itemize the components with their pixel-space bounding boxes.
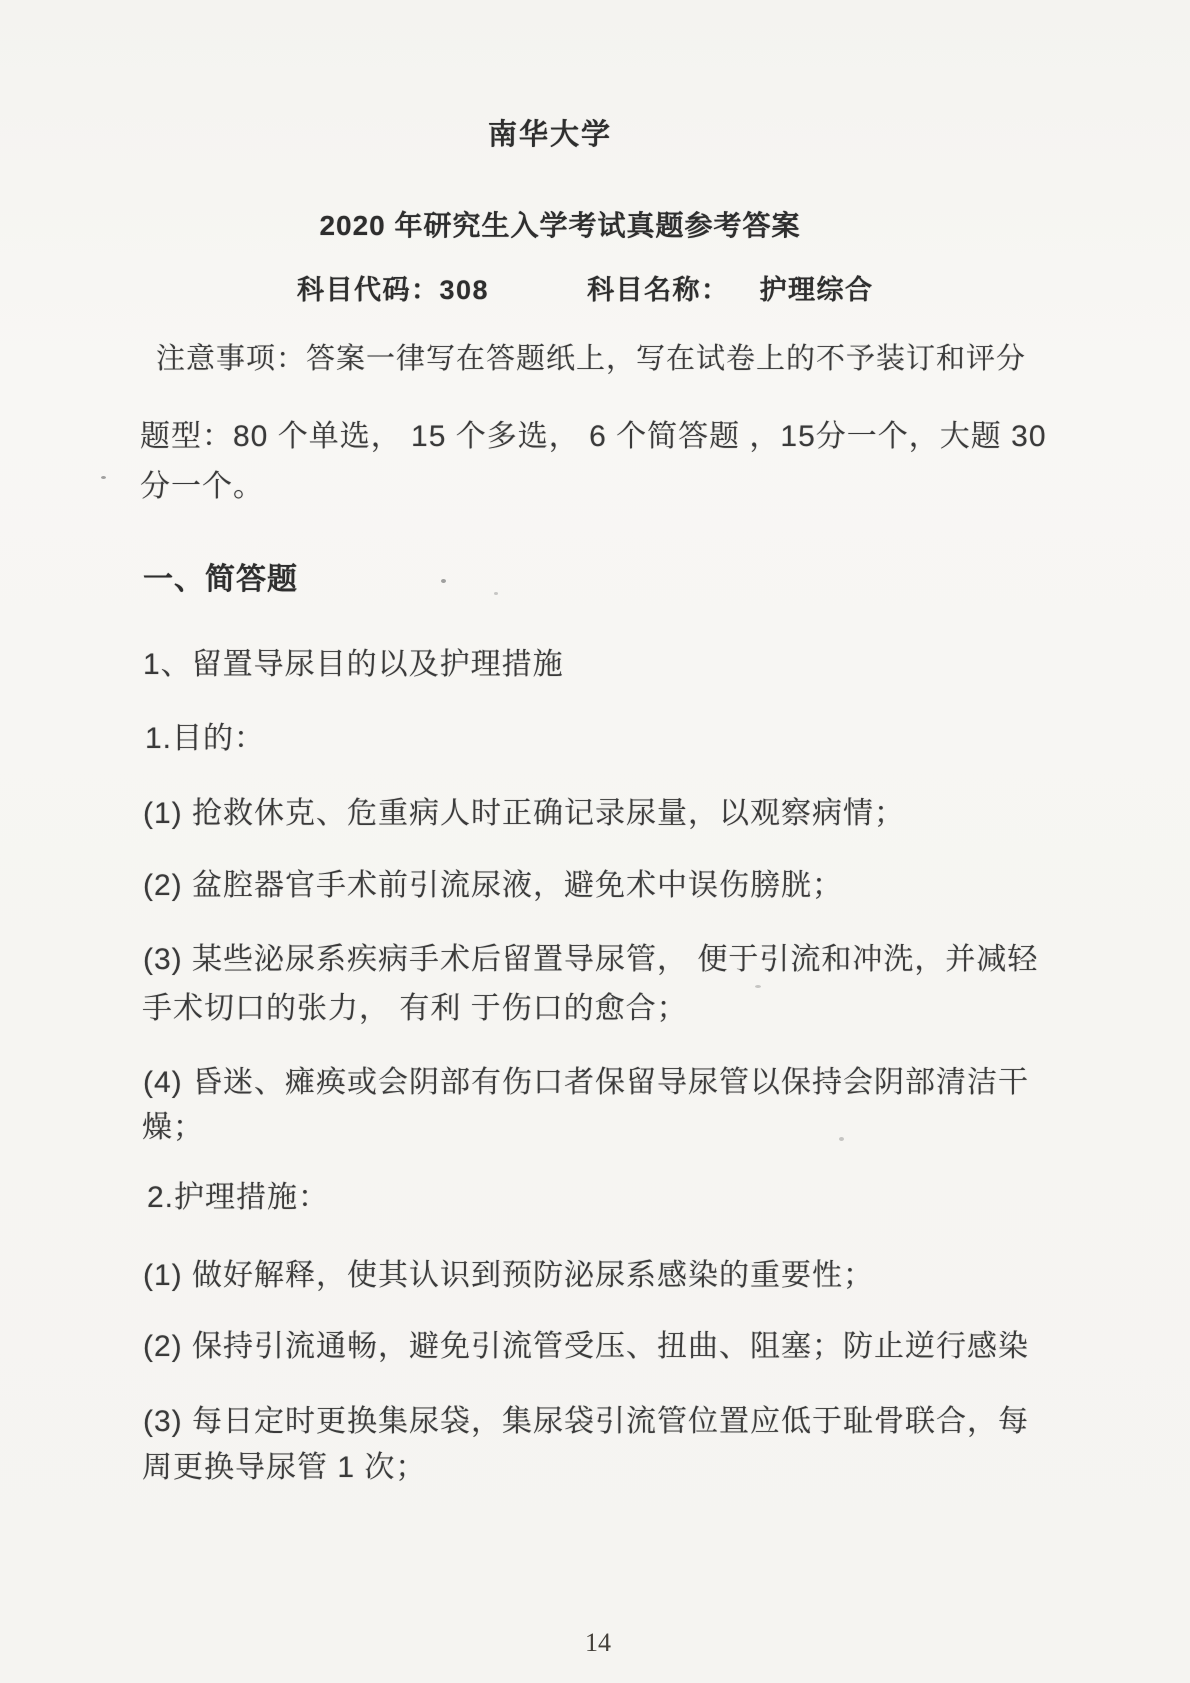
question-types-line-1: 题型：80 个单选， 15 个多选， 6 个简答题 ，15分一个，大题 30 [140, 419, 1047, 455]
scan-artifact-dot [755, 985, 761, 988]
purpose-item-3-line-1: (3) 某些泌尿系疾病手术后留置导尿管， 便于引流和冲洗，并减轻 [143, 942, 1038, 978]
subject-name-value: 护理综合 [760, 275, 874, 305]
care-item-3-line-2: 周更换导尿管 1 次； [142, 1450, 426, 1486]
care-item-2: (2) 保持引流通畅，避免引流管受压、扭曲、阻塞；防止逆行感染 [143, 1329, 1029, 1365]
university-name: 南华大学 [488, 117, 612, 153]
notice-line: 注意事项：答案一律写在答题纸上，写在试卷上的不予装订和评分 [156, 341, 1026, 377]
scan-artifact-dot [101, 476, 106, 479]
scan-artifact-dot [839, 1137, 844, 1141]
question-types-line-2: 分一个。 [140, 469, 264, 505]
document-title: 2020 年研究生入学考试真题参考答案 [319, 208, 800, 244]
subject-code-value: 308 [440, 275, 490, 305]
care-item-3-line-1: (3) 每日定时更换集尿袋，集尿袋引流管位置应低于耻骨联合，每 [143, 1404, 1029, 1440]
purpose-item-1: (1) 抢救休克、危重病人时正确记录尿量，以观察病情； [143, 796, 905, 832]
scan-artifact-dot [494, 592, 498, 595]
page-number: 14 [585, 1628, 611, 1658]
subject-code-label: 科目代码： [297, 275, 440, 305]
scanned-exam-page: 南华大学 2020 年研究生入学考试真题参考答案 科目代码：308科目名称：护理… [0, 0, 1190, 1683]
section-heading: 一、简答题 [143, 562, 298, 598]
scan-artifact-dot [441, 579, 446, 583]
purpose-heading: 1.目的： [145, 721, 265, 757]
care-heading: 2.护理措施： [147, 1180, 329, 1216]
subject-name-label: 科目名称： [587, 275, 730, 305]
purpose-item-2: (2) 盆腔器官手术前引流尿液，避免术中误伤膀胱； [143, 868, 843, 904]
subject-line: 科目代码：308科目名称：护理综合 [297, 272, 874, 308]
care-item-1: (1) 做好解释，使其认识到预防泌尿系感染的重要性； [143, 1258, 874, 1294]
purpose-item-3-line-2: 手术切口的张力， 有利 于伤口的愈合； [142, 991, 688, 1027]
purpose-item-4-line-2: 燥； [142, 1110, 204, 1146]
purpose-item-4-line-1: (4) 昏迷、瘫痪或会阴部有伤口者保留导尿管以保持会阴部清洁干 [143, 1065, 1029, 1101]
question-1-title: 1、留置导尿目的以及护理措施 [143, 647, 564, 683]
